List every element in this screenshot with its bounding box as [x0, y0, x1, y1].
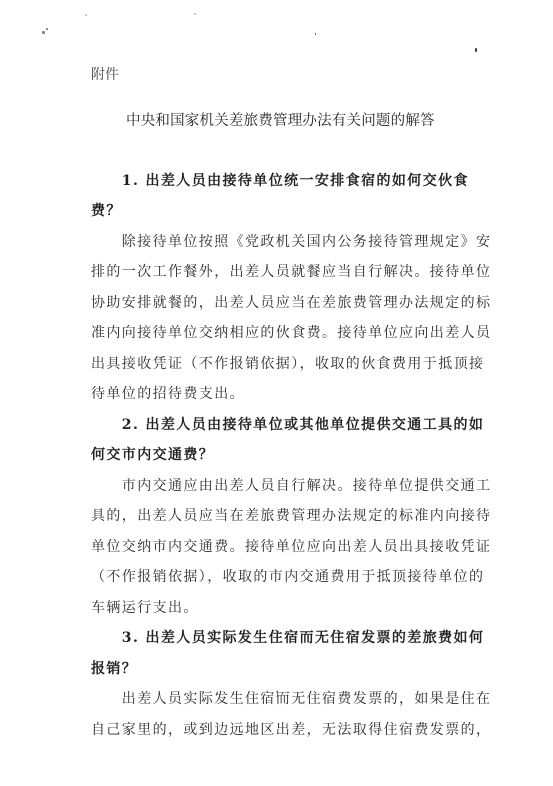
scan-speck — [85, 14, 87, 16]
question-heading-line: 2. 出差人员由接待单位或其他单位提供交通工具的如 — [91, 414, 461, 434]
question-heading-line: 1. 出差人员由接待单位统一安排食宿的如何交伙食 — [91, 170, 461, 190]
scan-speck — [315, 33, 316, 35]
scan-speck — [46, 28, 48, 30]
answer-text-line: （不作报销依据），收取的市内交通费用于抵顶接待单位的 — [91, 566, 461, 586]
question-heading-line: 报销？ — [91, 658, 461, 678]
document-page: 附件 中央和国家机关差旅费管理办法有关问题的解答 1. 出差人员由接待单位统一安… — [0, 0, 553, 786]
answer-text-line: 具的，出差人员应当在差旅费管理办法规定的标准内向接待 — [91, 505, 461, 525]
answer-text-line: 出具接收凭证（不作报销依据），收取的伙食费用于抵顶接 — [91, 353, 461, 373]
answer-text-line: 排的一次工作餐外，出差人员就餐应当自行解决。接待单位 — [91, 261, 461, 281]
page-number: 1 — [275, 690, 280, 699]
answer-text-line: 市内交通应由出差人员自行解决。接待单位提供交通工 — [91, 475, 461, 495]
answer-text-line: 除接待单位按照《党政机关国内公务接待管理规定》安 — [91, 231, 461, 251]
answer-text-line: 车辆运行支出。 — [91, 597, 461, 617]
answer-text-line: 准内向接待单位交纳相应的伙食费。接待单位应向出差人员 — [91, 322, 461, 342]
question-heading-line: 费？ — [91, 200, 461, 220]
scan-speck — [194, 13, 196, 15]
attachment-label: 附件 — [91, 64, 119, 84]
scan-speck — [42, 31, 45, 34]
answer-text-line: 单位交纳市内交通费。接待单位应向出差人员出具接收凭证 — [91, 536, 461, 556]
question-heading-line: 3. 出差人员实际发生住宿而无住宿发票的差旅费如何 — [91, 627, 461, 647]
answer-text-line: 协助安排就餐的，出差人员应当在差旅费管理办法规定的标 — [91, 292, 461, 312]
scan-speck — [475, 48, 477, 52]
document-title: 中央和国家机关差旅费管理办法有关问题的解答 — [126, 109, 435, 130]
answer-text-line: 自己家里的，或到边远地区出差，无法取得住宿费发票的， — [91, 719, 461, 739]
question-heading-line: 何交市内交通费？ — [91, 444, 461, 464]
answer-text-line: 待单位的招待费支出。 — [91, 383, 461, 403]
